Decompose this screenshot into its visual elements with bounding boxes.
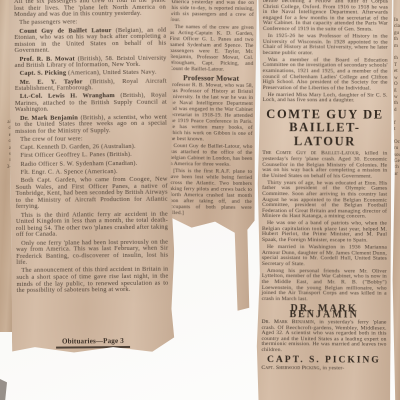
text-fragment: cla xyxy=(394,24,400,30)
bottom-left-paper-fragment xyxy=(0,378,7,400)
professor-mowat-heading: Professor Mowat xyxy=(169,75,253,82)
passenger-detail: (American), United States Navy. xyxy=(68,69,157,77)
news-paragraph: [This is the first R.A.F. plane to have … xyxy=(168,169,252,217)
right-edge-text-fragments: In cla gu th m th T et w O g w th d f t … xyxy=(392,0,400,178)
passenger-name: Capt. S. Picking xyxy=(20,70,67,77)
obituary-paragraph: He married in Washington in 1936 Mariann… xyxy=(262,245,387,268)
crew-intro: The crew of four were: xyxy=(15,136,167,144)
obituary-lead-name: Capt. Sherwood Picking, xyxy=(261,365,321,371)
obituary-paragraph: Was a member of the Board of Education C… xyxy=(263,58,388,92)
obituary-paragraph: In 1925-26 he was Professor of History i… xyxy=(263,34,388,57)
passenger-entry: Prof. R. B. Mowat (British), 58. Bristol… xyxy=(15,55,167,70)
obituaries-column: before becoming a Fellow and tutor of Co… xyxy=(255,0,392,400)
news-paragraph: Count Guy de Baillet-Latour, who was att… xyxy=(168,144,252,169)
crash-news-column: All the six passengers and crew of four … xyxy=(9,0,175,353)
middle-strip-clipping: America yesterday and was due on this si… xyxy=(164,0,257,311)
passenger-entry: Count Guy de Baillet Latour (Belgian), a… xyxy=(14,27,166,55)
obituary-paragraph: He was one of a band of patriots who, wh… xyxy=(262,221,387,244)
news-paragraph: Both Capt. Garden, who came from Coogee,… xyxy=(16,177,168,211)
obituary-paragraph: Thirty years of age, he was educated at … xyxy=(262,181,387,221)
passenger-entry: Mr. E. Y. Taylor (British), Royal Aircra… xyxy=(15,78,167,93)
news-paragraph: Professor R. B. Mowat, who was 58, was P… xyxy=(168,83,253,143)
passenger-entry: Dr. Mark Benjamin (British), a scientist… xyxy=(15,114,167,135)
news-paragraph: America yesterday and was due on this si… xyxy=(170,0,254,25)
left-clipping: All the six passengers and crew of four … xyxy=(9,0,175,353)
news-paragraph: The names of the crew are given as Actin… xyxy=(169,25,253,73)
crew-entry: Capt. Kenneth D. Garden, 26 (Australian)… xyxy=(15,144,167,152)
middle-strip-column: America yesterday and was due on this si… xyxy=(164,0,257,315)
obituary-paragraph: Among his personal friends were Mr. Oliv… xyxy=(262,269,387,303)
text-fragment: sou xyxy=(394,153,400,159)
crew-entry: Radio Officer S. W. Sydenham (Canadian). xyxy=(15,160,167,168)
picking-obituary-heading: CAPT. S. PICKING xyxy=(261,358,386,364)
right-edge-clipping-sliver: In cla gu th m th T et w O g w th d f t … xyxy=(392,0,400,400)
right-clipping: before becoming a Fellow and tutor of Co… xyxy=(255,0,392,400)
benjamin-obituary-heading: DR. MARK BENJAMIN xyxy=(262,306,387,318)
obituary-lead-rest: in yesterday's ferry 'plane crash. Of Be… xyxy=(261,319,386,353)
obituary-lead: The Comte Guy de Baillet-Latour, killed … xyxy=(262,151,387,180)
news-paragraph: The announcement of this third accident … xyxy=(16,267,168,295)
news-paragraph: This is the third Atlantic ferry air acc… xyxy=(16,211,168,239)
obituary-lead-rest: in yester- xyxy=(322,365,344,371)
obituaries-footer: Obituaries—Page 3 xyxy=(56,338,130,348)
obituary-lead: Dr. Mark Benjamin, in yesterday's ferry … xyxy=(261,320,386,354)
obituary-lead: Capt. Sherwood Picking, in yester- xyxy=(261,366,386,372)
passenger-entry: Lt.-Col. Lewis H. Wrangham (British), Ro… xyxy=(15,93,167,114)
comte-heading-line2: BAILLET-LATOUR xyxy=(262,121,387,149)
text-fragment: ar xyxy=(394,172,400,178)
news-paragraph: Only one ferry 'plane had been lost prev… xyxy=(16,239,168,267)
comte-obituary-heading: COMTE GUY DE BAILLET-LATOUR xyxy=(262,108,387,149)
newspaper-clippings-photo: al d e o a s r 3- All the six passengers… xyxy=(0,0,400,400)
obituary-paragraph: He married Miss Mary Loch, daughter of S… xyxy=(263,93,388,105)
news-paragraph: All the six passengers and crew of four … xyxy=(14,0,166,19)
obituary-paragraph: before becoming a Fellow and tutor of Co… xyxy=(263,0,388,33)
crew-entry: First Officer Geoffrey L. Panes (British… xyxy=(15,152,167,160)
text-fragment: 3- xyxy=(0,165,11,171)
